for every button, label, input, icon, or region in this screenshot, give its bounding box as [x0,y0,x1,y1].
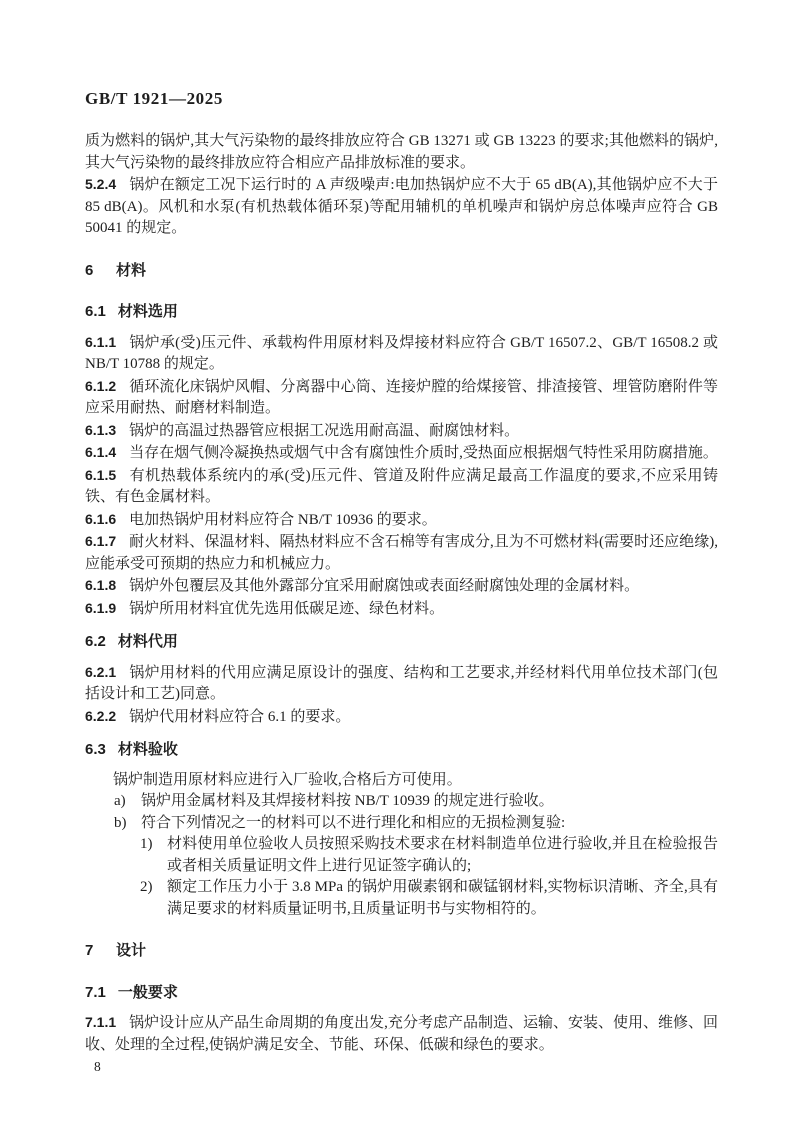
section-title: 材料选用 [118,303,178,320]
clause-6-1-6: 6.1.6电加热锅炉用材料应符合 NB/T 10936 的要求。 [85,509,718,532]
clause-text: 有机热载体系统内的承(受)压元件、管道及附件应满足最高工作温度的要求,不应采用铸… [85,468,718,506]
clause-text: 当存在烟气侧冷凝换热或烟气中含有腐蚀性介质时,受热面应根据烟气特性采用防腐措施。 [129,445,718,461]
clause-number: 6.2.1 [85,664,116,680]
list-marker: 2) [140,877,167,920]
section-number: 6.2 [85,631,106,653]
list-marker: a) [114,791,141,813]
document-page: GB/T 1921—2025 质为燃料的锅炉,其大气污染物的最终排放应符合 GB… [0,0,800,1131]
clause-text: 锅炉用材料的代用应满足原设计的强度、结构和工艺要求,并经材料代用单位技术部门(包… [85,665,718,703]
clause-number: 6.1.5 [85,467,116,483]
chapter-number: 6 [85,260,104,282]
clause-text: 锅炉的高温过热器管应根据工况选用耐高温、耐腐蚀材料。 [129,423,519,439]
clause-6-1-7: 6.1.7耐火材料、保温材料、隔热材料应不含石棉等有害成分,且为不可燃材料(需要… [85,531,718,575]
clause-6-1-3: 6.1.3锅炉的高温过热器管应根据工况选用耐高温、耐腐蚀材料。 [85,420,718,443]
list-item-b-2: 2)额定工作压力小于 3.8 MPa 的锅炉用碳素钢和碳锰钢材料,实物标识清晰、… [85,877,718,920]
clause-number: 6.1.7 [85,533,116,549]
section-7-1-heading: 7.1一般要求 [85,982,718,1004]
chapter-number: 7 [85,940,104,962]
section-6-2-heading: 6.2材料代用 [85,631,718,653]
clause-text: 锅炉外包覆层及其他外露部分宜采用耐腐蚀或表面经耐腐蚀处理的金属材料。 [129,578,639,594]
section-6-1-heading: 6.1材料选用 [85,301,718,323]
standard-number: GB/T 1921—2025 [85,90,718,107]
chapter-title: 材料 [116,262,146,279]
section-number: 7.1 [85,982,106,1004]
clause-6-1-4: 6.1.4当存在烟气侧冷凝换热或烟气中含有腐蚀性介质时,受热面应根据烟气特性采用… [85,442,718,465]
list-item-b-1: 1)材料使用单位验收人员按照采购技术要求在材料制造单位进行验收,并且在检验报告或… [85,834,718,877]
list-text: 材料使用单位验收人员按照采购技术要求在材料制造单位进行验收,并且在检验报告或者相… [167,834,718,877]
clause-6-1-1: 6.1.1锅炉承(受)压元件、承载构件用原材料及焊接材料应符合 GB/T 165… [85,332,718,376]
section-number: 6.1 [85,301,106,323]
clause-text: 锅炉设计应从产品生命周期的角度出发,充分考虑产品制造、运输、安装、使用、维修、回… [85,1015,718,1053]
clause-text: 电加热锅炉用材料应符合 NB/T 10936 的要求。 [129,512,437,528]
clause-6-1-8: 6.1.8锅炉外包覆层及其他外露部分宜采用耐腐蚀或表面经耐腐蚀处理的金属材料。 [85,575,718,598]
clause-6-1-9: 6.1.9锅炉所用材料宜优先选用低碳足迹、绿色材料。 [85,598,718,621]
clause-number: 6.1.3 [85,422,116,438]
clause-text: 锅炉承(受)压元件、承载构件用原材料及焊接材料应符合 GB/T 16507.2、… [85,335,718,373]
list-item-b: b)符合下列情况之一的材料可以不进行理化和相应的无损检测复验: [85,813,718,835]
section-title: 材料代用 [118,633,178,650]
clause-6-1-2: 6.1.2循环流化床锅炉风帽、分离器中心筒、连接炉膛的给煤接管、排渣接管、埋管防… [85,376,718,420]
clause-number: 6.1.6 [85,511,116,527]
clause-text: 锅炉在额定工况下运行时的 A 声级噪声:电加热锅炉应不大于 65 dB(A),其… [85,177,718,236]
section-title: 材料验收 [118,741,178,758]
section-6-3-heading: 6.3材料验收 [85,739,718,761]
list-text: 锅炉用金属材料及其焊接材料按 NB/T 10939 的规定进行验收。 [141,791,718,813]
section-6-3-intro: 锅炉制造用原材料应进行入厂验收,合格后方可使用。 [85,770,718,792]
chapter-6-heading: 6材料 [85,260,718,282]
clause-number: 6.1.1 [85,334,116,350]
list-item-a: a)锅炉用金属材料及其焊接材料按 NB/T 10939 的规定进行验收。 [85,791,718,813]
clause-text: 锅炉所用材料宜优先选用低碳足迹、绿色材料。 [129,601,444,617]
clause-number: 7.1.1 [85,1014,116,1030]
clause-text: 耐火材料、保温材料、隔热材料应不含石棉等有害成分,且为不可燃材料(需要时还应绝缘… [85,534,718,572]
clause-number: 5.2.4 [85,176,116,192]
clause-number: 6.1.9 [85,600,116,616]
list-text: 额定工作压力小于 3.8 MPa 的锅炉用碳素钢和碳锰钢材料,实物标识清晰、齐全… [167,877,718,920]
clause-6-2-2: 6.2.2锅炉代用材料应符合 6.1 的要求。 [85,706,718,729]
list-text: 符合下列情况之一的材料可以不进行理化和相应的无损检测复验: [141,813,718,835]
list-marker: b) [114,813,141,835]
page-footer: 8 [85,1056,718,1078]
chapter-title: 设计 [116,942,146,959]
clause-number: 6.1.2 [85,378,116,394]
paragraph-continuation: 质为燃料的锅炉,其大气污染物的最终排放应符合 GB 13271 或 GB 132… [85,131,718,174]
clause-7-1-1: 7.1.1锅炉设计应从产品生命周期的角度出发,充分考虑产品制造、运输、安装、使用… [85,1012,718,1056]
section-number: 6.3 [85,739,106,761]
list-marker: 1) [140,834,167,877]
chapter-7-heading: 7设计 [85,940,718,962]
clause-text: 锅炉代用材料应符合 6.1 的要求。 [129,709,350,725]
clause-5-2-4: 5.2.4锅炉在额定工况下运行时的 A 声级噪声:电加热锅炉应不大于 65 dB… [85,174,718,240]
clause-number: 6.1.4 [85,444,116,460]
clause-6-1-5: 6.1.5有机热载体系统内的承(受)压元件、管道及附件应满足最高工作温度的要求,… [85,465,718,509]
clause-number: 6.1.8 [85,577,116,593]
page-number: 8 [94,1059,101,1074]
document-body: 质为燃料的锅炉,其大气污染物的最终排放应符合 GB 13271 或 GB 132… [85,131,718,1078]
clause-number: 6.2.2 [85,708,116,724]
clause-text: 循环流化床锅炉风帽、分离器中心筒、连接炉膛的给煤接管、排渣接管、埋管防磨附件等应… [85,379,718,417]
section-title: 一般要求 [118,984,178,1001]
clause-6-2-1: 6.2.1锅炉用材料的代用应满足原设计的强度、结构和工艺要求,并经材料代用单位技… [85,662,718,706]
